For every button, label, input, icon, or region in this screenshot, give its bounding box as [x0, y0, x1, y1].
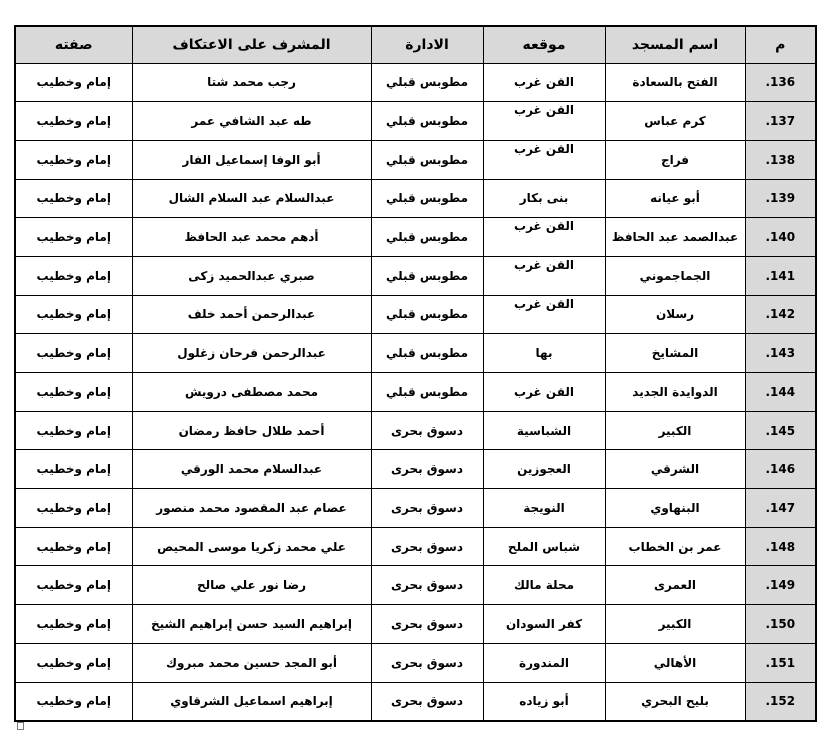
cell-mosque-name: كرم عباس	[605, 102, 745, 141]
cell-row-number: 138.	[745, 140, 816, 179]
cell-row-number: 148.	[745, 527, 816, 566]
cell-row-number: 142.	[745, 295, 816, 334]
document-page: { "colors": { "header_bg": "#d9d9d9", "n…	[0, 0, 831, 746]
cell-location: شباس الملح	[483, 527, 605, 566]
cell-location: بها	[483, 334, 605, 373]
cell-title: إمام وخطيب	[15, 411, 132, 450]
cell-supervisor: رضا نور علي صالح	[132, 566, 371, 605]
cell-supervisor: أحمد طلال حافظ رمضان	[132, 411, 371, 450]
table-row: 137. كرم عباس القن غرب مطوبس قبلي طه عبد…	[15, 102, 816, 141]
cell-location: محلة مالك	[483, 566, 605, 605]
paragraph-marker-box	[17, 722, 24, 730]
table-row: 144. الدوايدة الجديد القن غرب مطوبس قبلي…	[15, 373, 816, 412]
table-row: 146. الشرقي العجوزين دسوق بحرى عبدالسلام…	[15, 450, 816, 489]
cell-title: إمام وخطيب	[15, 218, 132, 257]
cell-location: القن غرب	[483, 295, 605, 334]
cell-location: القن غرب	[483, 218, 605, 257]
cell-mosque-name: رسلان	[605, 295, 745, 334]
cell-row-number: 147.	[745, 489, 816, 528]
cell-location: كفر السودان	[483, 605, 605, 644]
table-row: 148. عمر بن الخطاب شباس الملح دسوق بحرى …	[15, 527, 816, 566]
mosques-table: م اسم المسجد موقعه الادارة المشرف على ال…	[14, 25, 817, 722]
cell-supervisor: صبري عبدالحميد زكى	[132, 256, 371, 295]
cell-location: القن غرب	[483, 102, 605, 141]
cell-supervisor: إبراهيم اسماعيل الشرقاوي	[132, 682, 371, 721]
cell-mosque-name: فراج	[605, 140, 745, 179]
cell-title: إمام وخطيب	[15, 63, 132, 102]
cell-administration: دسوق بحرى	[371, 566, 483, 605]
cell-title: إمام وخطيب	[15, 450, 132, 489]
cell-administration: مطوبس قبلي	[371, 295, 483, 334]
cell-mosque-name: العمرى	[605, 566, 745, 605]
table-row: 143. المشايخ بها مطوبس قبلي عبدالرحمن فر…	[15, 334, 816, 373]
cell-mosque-name: الكبير	[605, 605, 745, 644]
cell-row-number: 136.	[745, 63, 816, 102]
table-row: 147. البنهاوي النويجة دسوق بحرى عصام عبد…	[15, 489, 816, 528]
table-row: 151. الأهالي المندورة دسوق بحرى أبو المج…	[15, 643, 816, 682]
cell-mosque-name: البنهاوي	[605, 489, 745, 528]
cell-location: القن غرب	[483, 140, 605, 179]
cell-row-number: 140.	[745, 218, 816, 257]
cell-title: إمام وخطيب	[15, 334, 132, 373]
cell-administration: مطوبس قبلي	[371, 179, 483, 218]
cell-supervisor: عبدالرحمن أحمد خلف	[132, 295, 371, 334]
cell-row-number: 144.	[745, 373, 816, 412]
cell-location: القن غرب	[483, 373, 605, 412]
cell-administration: دسوق بحرى	[371, 450, 483, 489]
table-body: 136. الفتح بالسعادة القن غرب مطوبس قبلي …	[15, 63, 816, 721]
col-header-location: موقعه	[483, 26, 605, 63]
cell-mosque-name: الأهالي	[605, 643, 745, 682]
cell-supervisor: رجب محمد شتا	[132, 63, 371, 102]
table-row: 139. أبو عيانه بنى بكار مطوبس قبلي عبدال…	[15, 179, 816, 218]
cell-supervisor: أبو الوفا إسماعيل الفار	[132, 140, 371, 179]
cell-row-number: 150.	[745, 605, 816, 644]
cell-row-number: 141.	[745, 256, 816, 295]
cell-administration: دسوق بحرى	[371, 605, 483, 644]
cell-location: الشباسية	[483, 411, 605, 450]
cell-location: القن غرب	[483, 63, 605, 102]
col-header-mosque-name: اسم المسجد	[605, 26, 745, 63]
cell-supervisor: عبدالرحمن فرحان زغلول	[132, 334, 371, 373]
cell-supervisor: عبدالسلام محمد الورقي	[132, 450, 371, 489]
cell-administration: دسوق بحرى	[371, 527, 483, 566]
cell-administration: مطوبس قبلي	[371, 140, 483, 179]
cell-supervisor: عبدالسلام عبد السلام الشال	[132, 179, 371, 218]
cell-location: المندورة	[483, 643, 605, 682]
cell-administration: دسوق بحرى	[371, 411, 483, 450]
cell-supervisor: أدهم محمد عبد الحافظ	[132, 218, 371, 257]
cell-mosque-name: بليح البحري	[605, 682, 745, 721]
cell-mosque-name: الفتح بالسعادة	[605, 63, 745, 102]
cell-administration: مطوبس قبلي	[371, 218, 483, 257]
cell-title: إمام وخطيب	[15, 682, 132, 721]
cell-title: إمام وخطيب	[15, 605, 132, 644]
table-row: 149. العمرى محلة مالك دسوق بحرى رضا نور …	[15, 566, 816, 605]
cell-mosque-name: عمر بن الخطاب	[605, 527, 745, 566]
cell-supervisor: محمد مصطفى درويش	[132, 373, 371, 412]
cell-administration: دسوق بحرى	[371, 489, 483, 528]
cell-mosque-name: الجماجموني	[605, 256, 745, 295]
cell-mosque-name: عبدالصمد عبد الحافظ	[605, 218, 745, 257]
cell-title: إمام وخطيب	[15, 102, 132, 141]
table-row: 138. فراج القن غرب مطوبس قبلي أبو الوفا …	[15, 140, 816, 179]
cell-mosque-name: الشرقي	[605, 450, 745, 489]
cell-mosque-name: أبو عيانه	[605, 179, 745, 218]
cell-row-number: 149.	[745, 566, 816, 605]
cell-row-number: 139.	[745, 179, 816, 218]
table-row: 145. الكبير الشباسية دسوق بحرى أحمد طلال…	[15, 411, 816, 450]
cell-row-number: 137.	[745, 102, 816, 141]
cell-administration: دسوق بحرى	[371, 643, 483, 682]
cell-row-number: 146.	[745, 450, 816, 489]
cell-row-number: 143.	[745, 334, 816, 373]
header-row: م اسم المسجد موقعه الادارة المشرف على ال…	[15, 26, 816, 63]
cell-supervisor: إبراهيم السيد حسن إبراهيم الشيخ	[132, 605, 371, 644]
cell-row-number: 151.	[745, 643, 816, 682]
cell-title: إمام وخطيب	[15, 489, 132, 528]
table-row: 150. الكبير كفر السودان دسوق بحرى إبراهي…	[15, 605, 816, 644]
cell-mosque-name: الكبير	[605, 411, 745, 450]
cell-supervisor: عصام عبد المقصود محمد منصور	[132, 489, 371, 528]
mosques-table-container: م اسم المسجد موقعه الادارة المشرف على ال…	[14, 25, 817, 722]
table-row: 141. الجماجموني القن غرب مطوبس قبلي صبري…	[15, 256, 816, 295]
cell-location: بنى بكار	[483, 179, 605, 218]
cell-location: العجوزين	[483, 450, 605, 489]
cell-row-number: 145.	[745, 411, 816, 450]
cell-mosque-name: الدوايدة الجديد	[605, 373, 745, 412]
cell-title: إمام وخطيب	[15, 140, 132, 179]
cell-location: أبو زياده	[483, 682, 605, 721]
table-row: 136. الفتح بالسعادة القن غرب مطوبس قبلي …	[15, 63, 816, 102]
cell-mosque-name: المشايخ	[605, 334, 745, 373]
col-header-title: صفته	[15, 26, 132, 63]
cell-supervisor: طه عبد الشافي عمر	[132, 102, 371, 141]
cell-administration: مطوبس قبلي	[371, 373, 483, 412]
cell-administration: مطوبس قبلي	[371, 256, 483, 295]
cell-title: إمام وخطيب	[15, 643, 132, 682]
col-header-administration: الادارة	[371, 26, 483, 63]
cell-administration: مطوبس قبلي	[371, 102, 483, 141]
cell-title: إمام وخطيب	[15, 566, 132, 605]
table-row: 142. رسلان القن غرب مطوبس قبلي عبدالرحمن…	[15, 295, 816, 334]
col-header-number: م	[745, 26, 816, 63]
table-row: 140. عبدالصمد عبد الحافظ القن غرب مطوبس …	[15, 218, 816, 257]
cell-administration: مطوبس قبلي	[371, 334, 483, 373]
cell-supervisor: علي محمد زكريا موسى المحيص	[132, 527, 371, 566]
cell-title: إمام وخطيب	[15, 373, 132, 412]
cell-location: النويجة	[483, 489, 605, 528]
cell-title: إمام وخطيب	[15, 179, 132, 218]
cell-supervisor: أبو المجد حسين محمد مبروك	[132, 643, 371, 682]
cell-title: إمام وخطيب	[15, 256, 132, 295]
cell-administration: دسوق بحرى	[371, 682, 483, 721]
cell-title: إمام وخطيب	[15, 295, 132, 334]
col-header-itikaf-supervisor: المشرف على الاعتكاف	[132, 26, 371, 63]
cell-row-number: 152.	[745, 682, 816, 721]
cell-administration: مطوبس قبلي	[371, 63, 483, 102]
cell-title: إمام وخطيب	[15, 527, 132, 566]
cell-location: القن غرب	[483, 256, 605, 295]
table-row: 152. بليح البحري أبو زياده دسوق بحرى إبر…	[15, 682, 816, 721]
